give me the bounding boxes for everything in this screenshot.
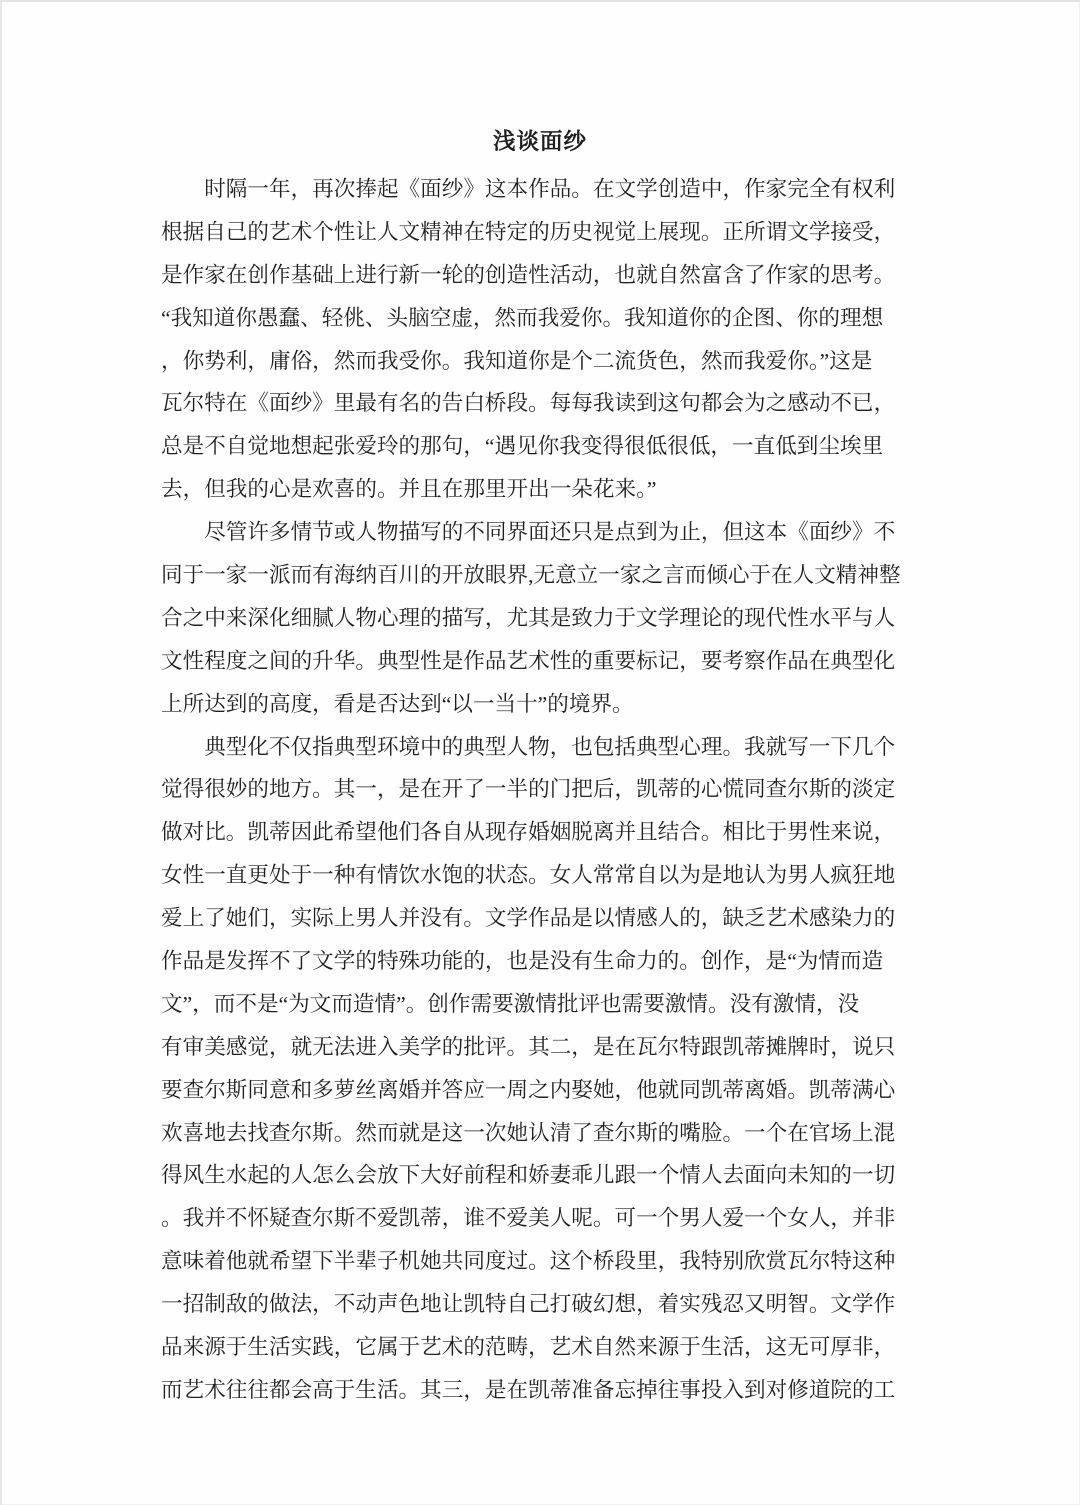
text-line: 文”，而不是“为文而造情”。创作需要激情批评也需要激情。没有激情，没 (161, 983, 923, 1026)
text-line: 总是不自觉地想起张爱玲的那句，“遇见你我变得很低很低，一直低到尘埃里 (161, 425, 923, 468)
text-line: 尽管许多情节或人物描写的不同界面还只是点到为止，但这本《面纱》不 (161, 511, 923, 554)
text-line: 根据自己的艺术个性让人文精神在特定的历史视觉上展现。正所谓文学接受， (161, 211, 923, 254)
text-line: 爱上了她们，实际上男人并没有。文学作品是以情感人的，缺乏艺术感染力的 (161, 897, 923, 940)
text-line: 一招制敌的做法，不动声色地让凯特自己打破幻想，着实残忍又明智。文学作 (161, 1283, 923, 1326)
text-line: 欢喜地去找查尔斯。然而就是这一次她认清了查尔斯的嘴脸。一个在官场上混 (161, 1112, 923, 1155)
text-line: 是作家在创作基础上进行新一轮的创造性活动，也就自然富含了作家的思考。 (161, 254, 923, 297)
text-line: 去，但我的心是欢喜的。并且在那里开出一朵花来。” (161, 468, 923, 511)
text-line: 典型化不仅指典型环境中的典型人物，也包括典型心理。我就写一下几个 (161, 726, 923, 769)
text-line: 做对比。凯蒂因此希望他们各自从现存婚姻脱离并且结合。相比于男性来说， (161, 811, 923, 854)
text-line: 觉得很妙的地方。其一，是在开了一半的门把后，凯蒂的心慌同查尔斯的淡定 (161, 768, 923, 811)
document-title: 浅谈面纱 (0, 126, 1080, 158)
text-line: 品来源于生活实践，它属于艺术的范畴，艺术自然来源于生活，这无可厚非， (161, 1326, 923, 1369)
text-line: ，你势利，庸俗，然而我受你。我知道你是个二流货色，然而我爱你。”这是 (161, 340, 923, 383)
document-page: 浅谈面纱 时隔一年，再次捧起《面纱》这本作品。在文学创造中，作家完全有权利根据自… (0, 0, 1080, 1505)
text-line: 上所达到的高度，看是否达到“以一当十”的境界。 (161, 683, 923, 726)
text-line: 有审美感觉，就无法进入美学的批评。其二，是在瓦尔特跟凯蒂摊牌时，说只 (161, 1026, 923, 1069)
text-line: 得风生水起的人怎么会放下大好前程和娇妻乖儿跟一个情人去面向未知的一切 (161, 1154, 923, 1197)
text-line: 意味着他就希望下半辈子机她共同度过。这个桥段里，我特别欣赏瓦尔特这种 (161, 1240, 923, 1283)
text-line: 作品是发挥不了文学的特殊功能的，也是没有生命力的。创作，是“为情而造 (161, 940, 923, 983)
text-line: 时隔一年，再次捧起《面纱》这本作品。在文学创造中，作家完全有权利 (161, 168, 923, 211)
text-line: 要查尔斯同意和多萝丝离婚并答应一周之内娶她，他就同凯蒂离婚。凯蒂满心 (161, 1069, 923, 1112)
text-line: 而艺术往往都会高于生活。其三，是在凯蒂准备忘掉往事投入到对修道院的工 (161, 1369, 923, 1412)
text-line: 女性一直更处于一种有情饮水饱的状态。女人常常自以为是地认为男人疯狂地 (161, 854, 923, 897)
text-line: 合之中来深化细腻人物心理的描写，尤其是致力于文学理论的现代性水平与人 (161, 597, 923, 640)
text-line: 瓦尔特在《面纱》里最有名的告白桥段。每每我读到这句都会为之感动不已， (161, 382, 923, 425)
text-line: 文性程度之间的升华。典型性是作品艺术性的重要标记，要考察作品在典型化 (161, 640, 923, 683)
text-line: “我知道你愚蠢、轻佻、头脑空虚，然而我爱你。我知道你的企图、你的理想 (161, 297, 923, 340)
text-line: 同于一家一派而有海纳百川的开放眼界,无意立一家之言而倾心于在人文精神整 (161, 554, 923, 597)
text-line: 。我并不怀疑查尔斯不爱凯蒂，谁不爱美人呢。可一个男人爱一个女人，并非 (161, 1197, 923, 1240)
document-body: 时隔一年，再次捧起《面纱》这本作品。在文学创造中，作家完全有权利根据自己的艺术个… (161, 168, 923, 1412)
